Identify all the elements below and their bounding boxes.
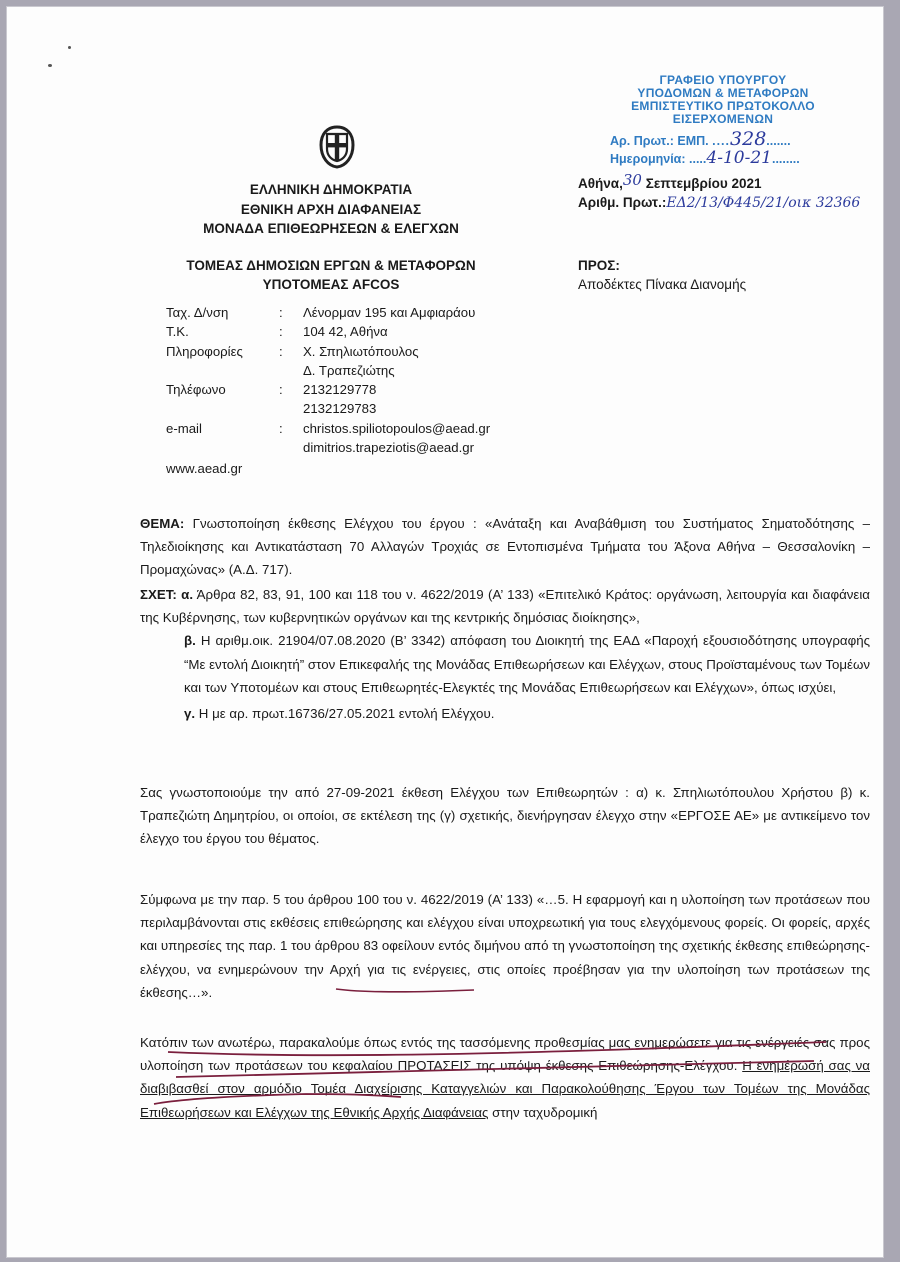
document-page: ΓΡΑΦΕΙΟ ΥΠΟΥΡΓΟΥ ΥΠΟΔΟΜΩΝ & ΜΕΤΑΦΟΡΩΝ ΕΜ… — [6, 6, 884, 1258]
email-link[interactable]: dimitrios.trapeziotis@aead.gr — [303, 438, 474, 457]
paragraph-legal-basis: Σύμφωνα με την παρ. 5 του άρθρου 100 του… — [140, 888, 870, 1004]
stamp-date-field: Ημερομηνία: .....4-10-21........ — [610, 148, 800, 168]
date-protocol-block: Αθήνα,30 Σεπτεμβρίου 2021 Αριθμ. Πρωτ.:Ε… — [578, 174, 888, 213]
issuer-line: ΜΟΝΑΔΑ ΕΠΙΘΕΩΡΗΣΕΩΝ & ΕΛΕΓΧΩΝ — [166, 219, 496, 239]
contact-row: Ταχ. Δ/νση:Λένορμαν 195 και Αμφιαράου — [166, 303, 490, 322]
reference-item: Η αριθμ.οικ. 21904/07.08.2020 (Β’ 3342) … — [184, 633, 870, 694]
contact-row: Δ. Τραπεζιώτης — [166, 361, 490, 380]
reference-item: Άρθρα 82, 83, 91, 100 και 118 του ν. 462… — [140, 587, 870, 625]
scan-speck — [48, 64, 52, 67]
issuer-line: ΕΛΛΗΝΙΚΗ ΔΗΜΟΚΡΑΤΙΑ — [166, 180, 496, 200]
subject-label: ΘΕΜΑ: — [140, 516, 184, 531]
handwritten-day: 30 — [623, 171, 642, 189]
incoming-protocol-stamp: ΓΡΑΦΕΙΟ ΥΠΟΥΡΓΟΥ ΥΠΟΔΟΜΩΝ & ΜΕΤΑΦΟΡΩΝ ΕΜ… — [598, 74, 848, 126]
sector-line: ΤΟΜΕΑΣ ΔΗΜΟΣΙΩΝ ΕΡΓΩΝ & ΜΕΤΑΦΟΡΩΝ — [146, 256, 516, 275]
scan-speck — [68, 46, 71, 49]
contact-row: Τηλέφωνο:2132129778 — [166, 380, 490, 399]
subject-text: Γνωστοποίηση έκθεσης Ελέγχου του έργου :… — [140, 516, 870, 577]
reference-item: Η με αρ. πρωτ.16736/27.05.2021 εντολή Ελ… — [199, 706, 495, 721]
website-row: www.aead.gr — [166, 459, 490, 478]
paragraph-notification: Σας γνωστοποιούμε την από 27-09-2021 έκθ… — [140, 781, 870, 851]
contact-row: Τ.Κ.:104 42, Αθήνα — [166, 322, 490, 341]
sector-header: ΤΟΜΕΑΣ ΔΗΜΟΣΙΩΝ ΕΡΓΩΝ & ΜΕΤΑΦΟΡΩΝ ΥΠΟΤΟΜ… — [146, 256, 516, 294]
subject-block: ΘΕΜΑ: Γνωστοποίηση έκθεσης Ελέγχου του έ… — [140, 512, 870, 582]
marked-deadline-phrase: εντός διμήνου από — [438, 938, 548, 953]
contact-row: Πληροφορίες:Χ. Σπηλιωτόπουλος — [166, 342, 490, 361]
references-block: ΣΧΕΤ: α. Άρθρα 82, 83, 91, 100 και 118 τ… — [140, 583, 870, 725]
stamp-date-handwritten: 4-10-21 — [706, 148, 772, 168]
issuer-header: ΕΛΛΗΝΙΚΗ ΔΗΜΟΚΡΑΤΙΑ ΕΘΝΙΚΗ ΑΡΧΗ ΔΙΑΦΑΝΕΙ… — [166, 180, 496, 239]
email-link[interactable]: christos.spiliotopoulos@aead.gr — [303, 419, 490, 438]
stamp-protocol-field: Αρ. Πρωτ.: ΕΜΠ. ....328....... — [610, 128, 791, 150]
contact-row: e-mail:christos.spiliotopoulos@aead.gr — [166, 419, 490, 438]
website-link[interactable]: www.aead.gr — [166, 459, 242, 478]
sector-line: ΥΠΟΤΟΜΕΑΣ AFCOS — [146, 275, 516, 294]
stamp-protocol-label: Αρ. Πρωτ.: ΕΜΠ. — [610, 134, 709, 148]
stamp-line: ΕΙΣΕΡΧΟΜΕΝΩΝ — [598, 113, 848, 126]
references-label: ΣΧΕΤ: — [140, 587, 177, 602]
paragraph-request: Κατόπιν των ανωτέρω, παρακαλούμε όπως εν… — [140, 1031, 870, 1124]
contact-row: dimitrios.trapeziotis@aead.gr — [166, 438, 490, 457]
handwritten-protocol-number: ΕΔ2/13/Φ445/21/οικ 32366 — [666, 195, 860, 211]
recipient-value: Αποδέκτες Πίνακα Διανομής — [578, 275, 746, 294]
stamp-date-label: Ημερομηνία: — [610, 152, 686, 166]
issuer-line: ΕΘΝΙΚΗ ΑΡΧΗ ΔΙΑΦΑΝΕΙΑΣ — [166, 200, 496, 220]
document-protocol: Αριθμ. Πρωτ.:ΕΔ2/13/Φ445/21/οικ 32366 — [578, 193, 888, 213]
stamp-protocol-handwritten: 328 — [730, 128, 766, 150]
recipient-block: ΠΡΟΣ: Αποδέκτες Πίνακα Διανομής — [578, 256, 746, 294]
contact-row: 2132129783 — [166, 399, 490, 418]
greek-coat-of-arms-icon — [319, 125, 355, 169]
recipient-label: ΠΡΟΣ: — [578, 256, 746, 275]
contact-info: Ταχ. Δ/νση:Λένορμαν 195 και Αμφιαράου Τ.… — [166, 303, 490, 479]
document-date: Αθήνα,30 Σεπτεμβρίου 2021 — [578, 174, 888, 193]
